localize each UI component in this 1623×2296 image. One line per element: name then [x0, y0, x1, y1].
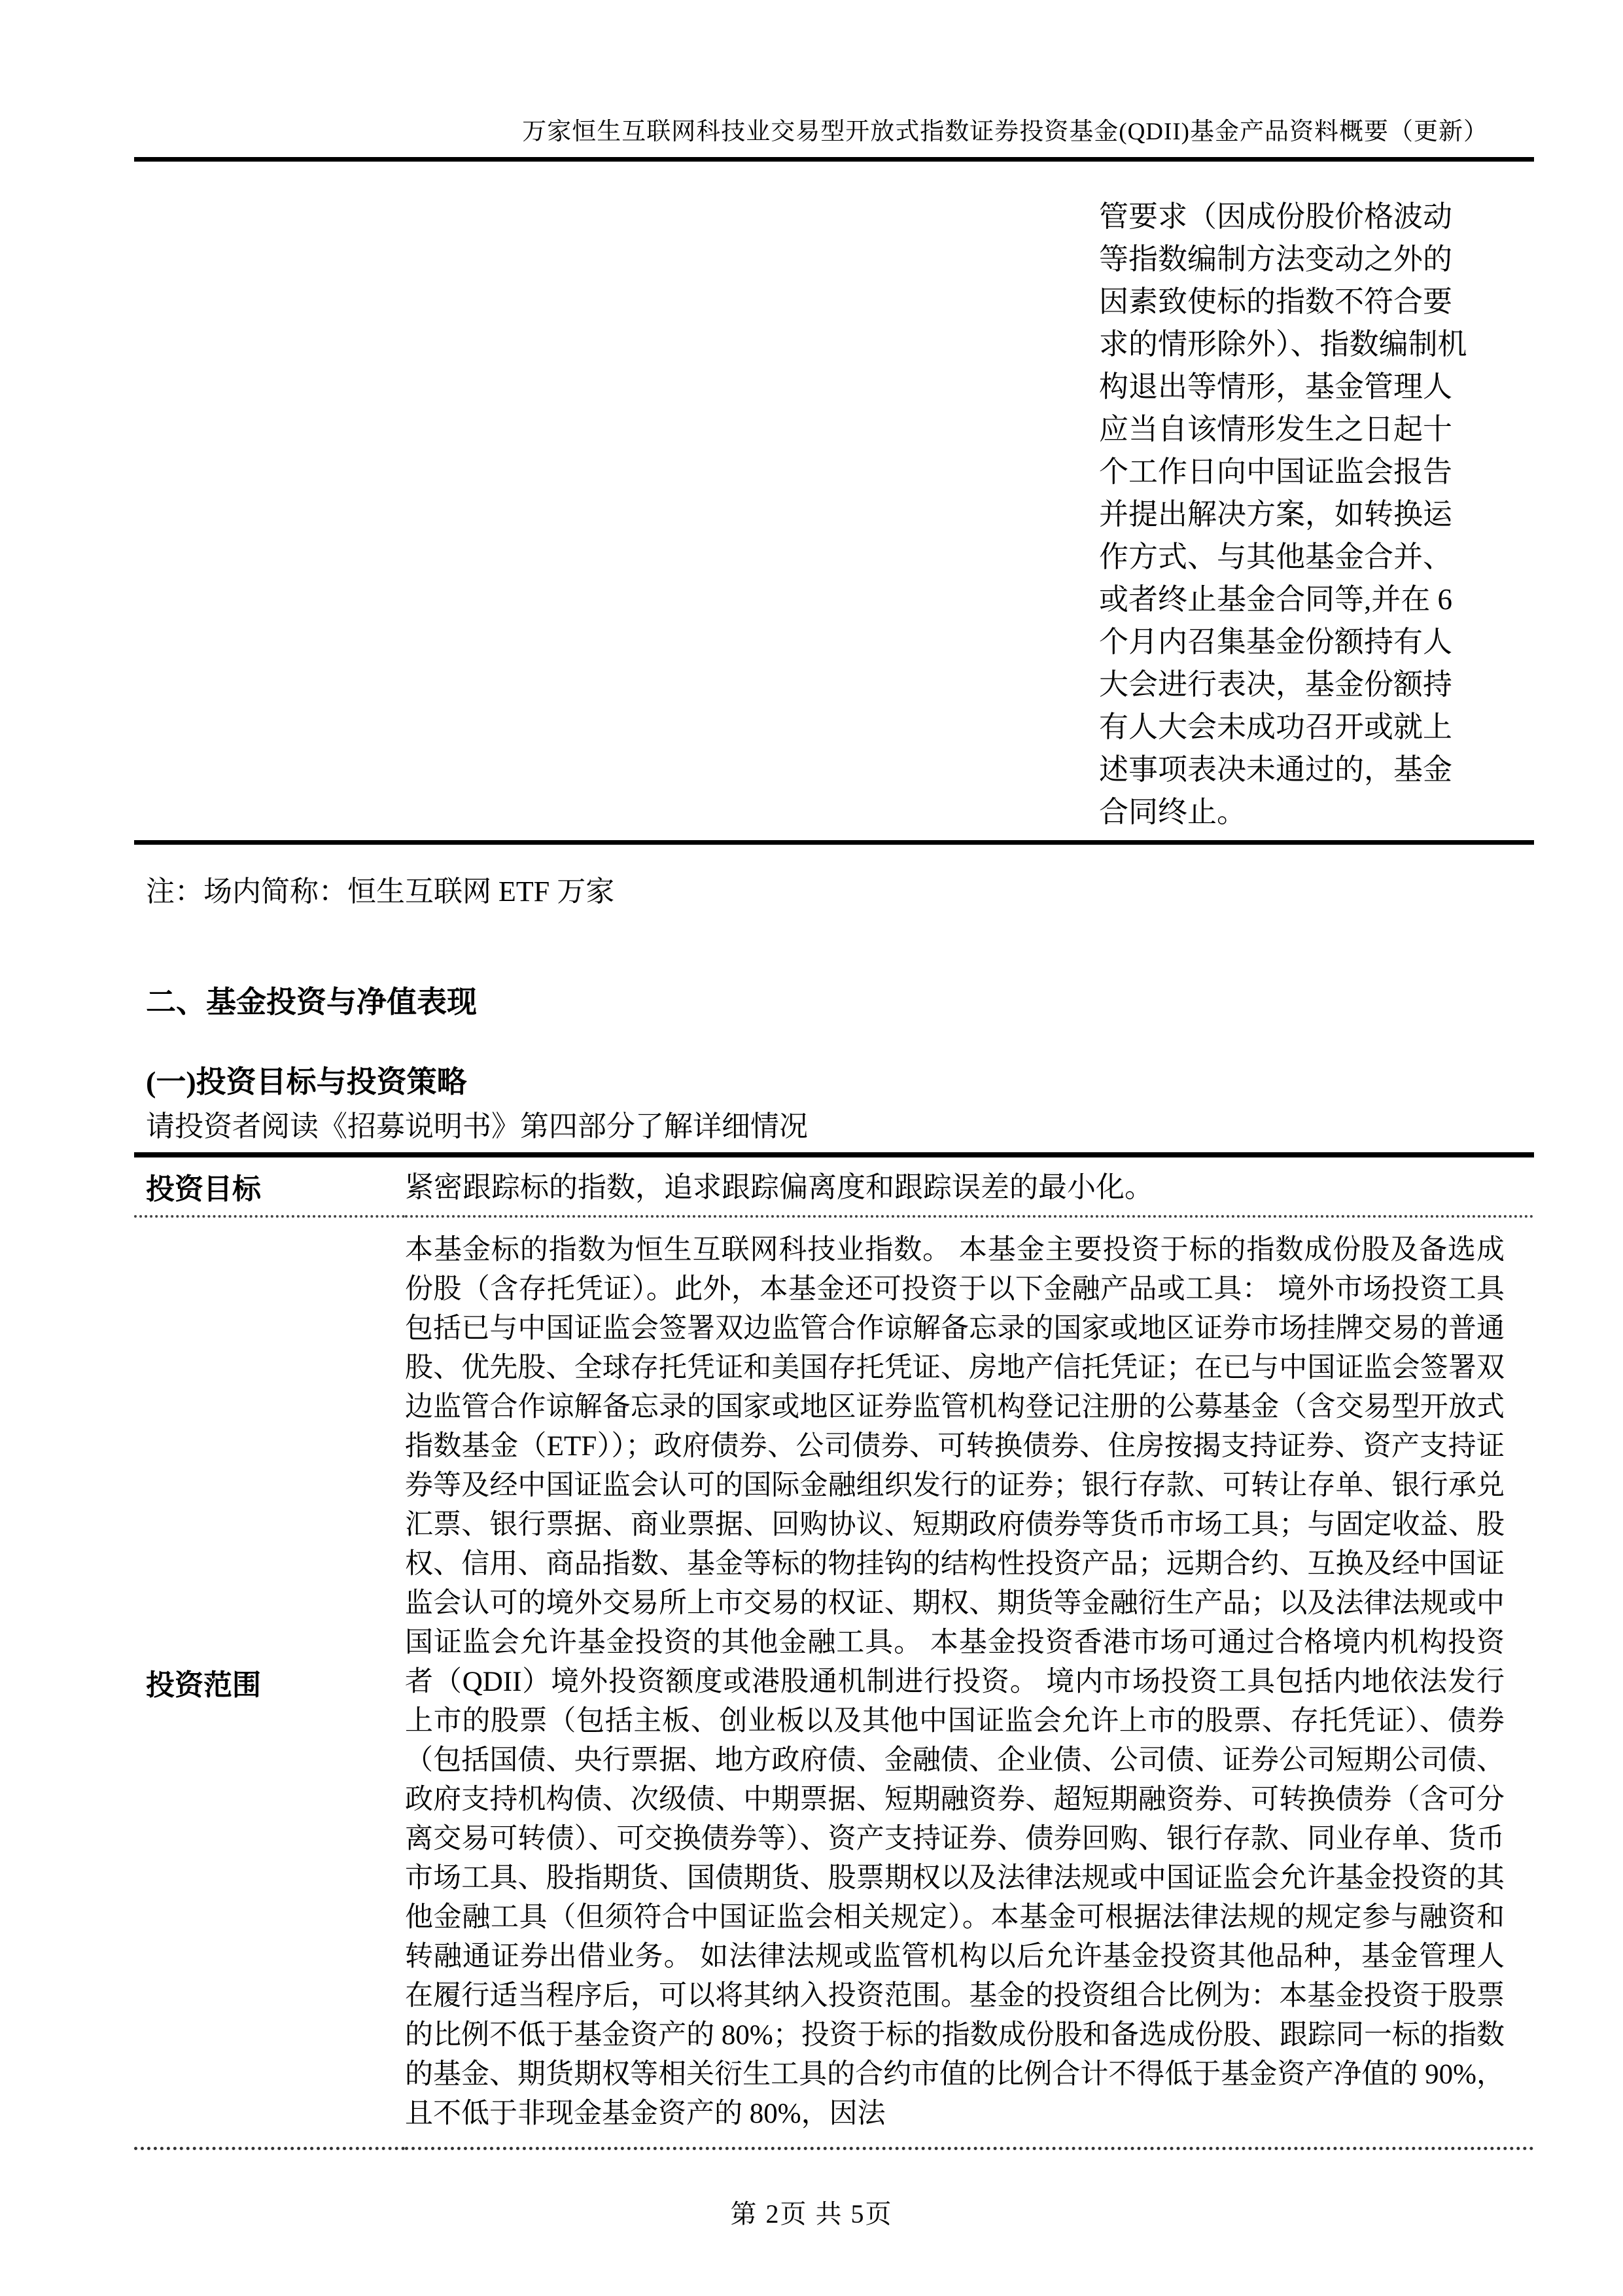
continuation-table: 管要求（因成份股价格波动 等指数编制方法变动之外的 因素致使标的指数不符合要 求… — [134, 162, 1534, 840]
document-title: 万家恒生互联网科技业交易型开放式指数证券投资基金(QDII)基金产品资料概要（更… — [134, 0, 1534, 148]
investment-scope-content: 本基金标的指数为恒生互联网科技业指数。 本基金主要投资于标的指数成份股及备选成份… — [405, 1216, 1534, 2149]
continuation-left-spacer — [134, 162, 1099, 840]
prospectus-reading-tip: 请投资者阅读《招募说明书》第四部分了解详细情况 — [134, 1108, 1534, 1146]
document-page: 万家恒生互联网科技业交易型开放式指数证券投资基金(QDII)基金产品资料概要（更… — [0, 0, 1623, 2296]
exchange-abbreviation-note: 注：场内简称：恒生互联网 ETF 万家 — [134, 872, 1534, 911]
investment-objective-content: 紧密跟踪标的指数，追求跟踪偏离度和跟踪误差的最小化。 — [405, 1155, 1534, 1216]
investment-scope-label: 投资范围 — [134, 1216, 405, 2149]
subsection-heading: (一)投资目标与投资策略 — [134, 1062, 1534, 1103]
page-number-footer: 第 2页 共 5页 — [0, 2193, 1623, 2231]
header-divider — [134, 157, 1534, 162]
continuation-table-bottom-border — [134, 840, 1534, 845]
table-row-investment-objective: 投资目标 紧密跟踪标的指数，追求跟踪偏离度和跟踪误差的最小化。 — [134, 1155, 1534, 1216]
continuation-cell-text: 管要求（因成份股价格波动 等指数编制方法变动之外的 因素致使标的指数不符合要 求… — [1099, 162, 1475, 840]
table-row-investment-scope: 投资范围 本基金标的指数为恒生互联网科技业指数。 本基金主要投资于标的指数成份股… — [134, 1216, 1534, 2149]
investment-objective-label: 投资目标 — [134, 1155, 405, 1216]
page-content: 万家恒生互联网科技业交易型开放式指数证券投资基金(QDII)基金产品资料概要（更… — [0, 0, 1623, 2150]
section-heading: 二、基金投资与净值表现 — [134, 982, 1534, 1023]
investment-table: 投资目标 紧密跟踪标的指数，追求跟踪偏离度和跟踪误差的最小化。 投资范围 本基金… — [134, 1152, 1534, 2150]
